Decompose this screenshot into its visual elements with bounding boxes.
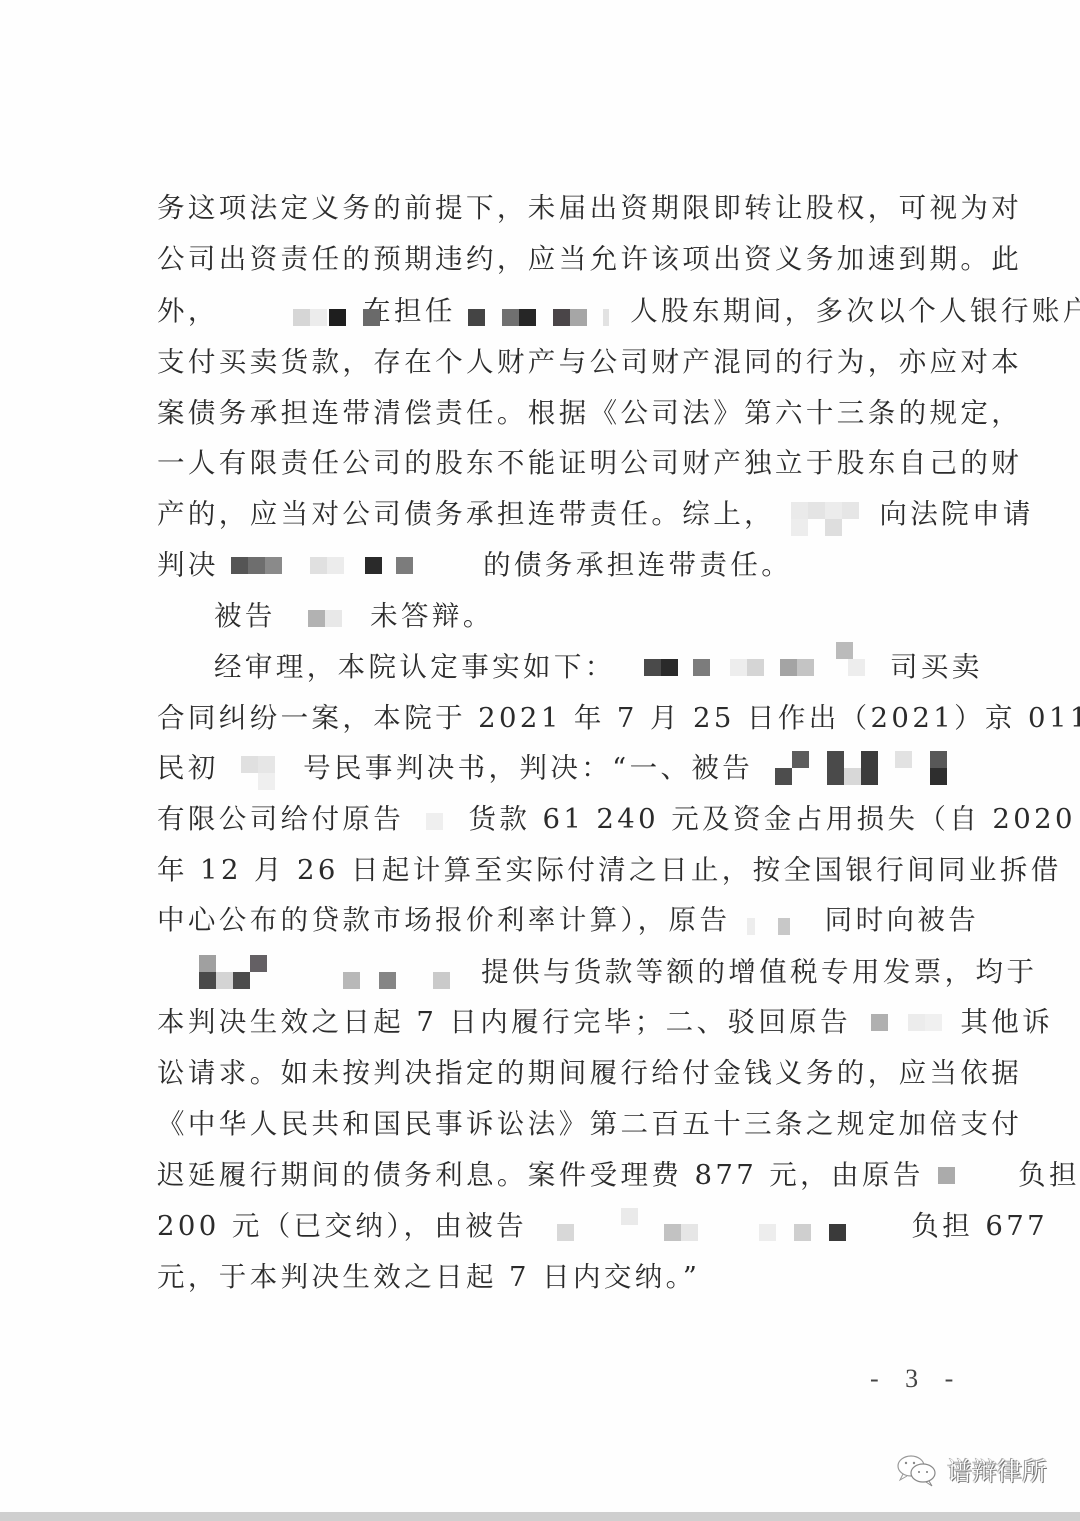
- text-line: 200 元（已交纳），由被告 负担 677: [157, 1206, 977, 1246]
- line-text: 向法院申请: [879, 494, 1034, 534]
- redaction-mosaic: [231, 545, 471, 585]
- line-text: 迟延履行期间的债务利息。案件受理费 877 元，由原告: [157, 1155, 924, 1195]
- redaction-mosaic: [936, 1155, 1006, 1195]
- text-line: 一人有限责任公司的股东不能证明公司财产独立于股东自己的财: [157, 443, 977, 483]
- line-text: 未答辩。: [370, 596, 494, 636]
- line-text: 货款 61 240 元及资金占用损失（自 2020: [469, 799, 1076, 839]
- text-line: 中心公布的贷款市场报价利率计算），原告 同时向被告: [157, 900, 977, 940]
- line-text: 产的，应当对公司债务承担连带责任。综上，: [157, 494, 775, 534]
- line-text: 本判决生效之日起 7 日内履行完毕；二、驳回原告: [157, 1002, 851, 1042]
- redaction-mosaic: [765, 748, 975, 788]
- redaction-mosaic: [416, 799, 456, 839]
- line-text: 号民事判决书，判决：“一、被告: [303, 748, 753, 788]
- text-line: 元，于本判决生效之日起 7 日内交纳。”: [157, 1257, 977, 1297]
- line-text: 200 元（已交纳），由被告: [157, 1206, 527, 1246]
- text-line: 本判决生效之日起 7 日内履行完毕；二、驳回原告 其他诉: [157, 1002, 977, 1042]
- redaction-mosaic: [288, 596, 358, 636]
- text-line: 产的，应当对公司债务承担连带责任。综上， 向法院申请: [157, 494, 977, 534]
- line-text: 司买卖: [890, 647, 983, 687]
- text-line: 支付买卖货款，存在个人财产与公司财产混同的行为，亦应对本: [157, 342, 977, 382]
- line-text: 公司出资责任的预期违约，应当允许该项出资义务加速到期。此: [157, 239, 1022, 279]
- line-text: 其他诉: [960, 1002, 1053, 1042]
- wechat-icon: [895, 1453, 939, 1487]
- line-text: 的债务承担连带责任。: [483, 545, 792, 585]
- line-text: 讼请求。如未按判决指定的期间履行给付金钱义务的，应当依据: [157, 1053, 1022, 1093]
- redaction-mosaic: [743, 900, 813, 940]
- text-line: 经审理，本院认定事实如下： 司买卖: [214, 647, 1034, 687]
- line-text: 元，于本判决生效之日起 7 日内交纳。”: [157, 1257, 700, 1297]
- text-line: 民初 号民事判决书，判决：“一、被告: [157, 748, 977, 788]
- redaction-mosaic: [468, 291, 618, 331]
- text-line: 讼请求。如未按判决指定的期间履行给付金钱义务的，应当依据: [157, 1053, 977, 1093]
- text-line: 判决 的债务承担连带责任。: [157, 545, 977, 585]
- text-line: 公司出资责任的预期违约，应当允许该项出资义务加速到期。此: [157, 239, 977, 279]
- line-text: 被告: [214, 596, 276, 636]
- page-edge: [0, 1512, 1080, 1521]
- line-text: 务这项法定义务的前提下，未届出资期限即转让股权，可视为对: [157, 188, 1022, 228]
- text-line: 有限公司给付原告 货款 61 240 元及资金占用损失（自 2020: [157, 799, 977, 839]
- text-line: 案债务承担连带清偿责任。根据《公司法》第六十三条的规定，: [157, 393, 977, 433]
- line-text: 判决: [157, 545, 219, 585]
- text-line: 《中华人民共和国民事诉讼法》第二百五十三条之规定加倍支付: [157, 1104, 977, 1144]
- line-text: 案债务承担连带清偿责任。根据《公司法》第六十三条的规定，: [157, 393, 1022, 433]
- document-page: 务这项法定义务的前提下，未届出资期限即转让股权，可视为对 公司出资责任的预期违约…: [0, 0, 1080, 1512]
- text-line: 被告 未答辩。: [214, 596, 1034, 636]
- redaction-mosaic: [231, 291, 381, 331]
- redaction-mosaic: [539, 1206, 899, 1246]
- text-line: 合同纠纷一案，本院于 2021 年 7 月 25 日作出（2021）京 0112: [157, 698, 977, 738]
- line-text: 提供与货款等额的增值税专用发票，均于: [481, 952, 1037, 992]
- line-text: 合同纠纷一案，本院于 2021 年 7 月 25 日作出（2021）京 0112: [157, 698, 1080, 738]
- text-line: 务这项法定义务的前提下，未届出资期限即转让股权，可视为对: [157, 188, 977, 228]
- page-number: - 3 -: [870, 1364, 963, 1394]
- watermark: 谱辩律所: [895, 1450, 1047, 1490]
- line-text: 外，: [157, 291, 219, 331]
- line-text: 民初: [157, 748, 219, 788]
- line-text: 中心公布的贷款市场报价利率计算），原告: [157, 900, 730, 940]
- line-text: 负担: [1018, 1155, 1080, 1195]
- text-line: 迟延履行期间的债务利息。案件受理费 877 元，由原告 负担: [157, 1155, 977, 1195]
- line-text: 同时向被告: [825, 900, 980, 940]
- line-text: 人股东期间，多次以个人银行账户: [630, 291, 1080, 331]
- text-line: 外， 在担任 人股东期间，多次以个人银行账户: [157, 291, 977, 331]
- redaction-mosaic: [157, 952, 469, 992]
- text-line: 提供与货款等额的增值税专用发票，均于: [157, 952, 977, 992]
- line-text: 经审理，本院认定事实如下：: [214, 647, 616, 687]
- redaction-mosaic: [628, 647, 878, 687]
- line-text: 一人有限责任公司的股东不能证明公司财产独立于股东自己的财: [157, 443, 1022, 483]
- redaction-mosaic: [787, 494, 867, 534]
- line-text: 《中华人民共和国民事诉讼法》第二百五十三条之规定加倍支付: [157, 1104, 1022, 1144]
- redaction-mosaic: [863, 1002, 948, 1042]
- watermark-label: 谱辩律所: [947, 1452, 1047, 1488]
- line-text: 年 12 月 26 日起计算至实际付清之日止，按全国银行间同业拆借: [157, 850, 1062, 890]
- redaction-mosaic: [231, 748, 291, 788]
- line-text: 负担 677: [911, 1206, 1048, 1246]
- line-text: 支付买卖货款，存在个人财产与公司财产混同的行为，亦应对本: [157, 342, 1022, 382]
- text-line: 年 12 月 26 日起计算至实际付清之日止，按全国银行间同业拆借: [157, 850, 977, 890]
- line-text: 有限公司给付原告: [157, 799, 404, 839]
